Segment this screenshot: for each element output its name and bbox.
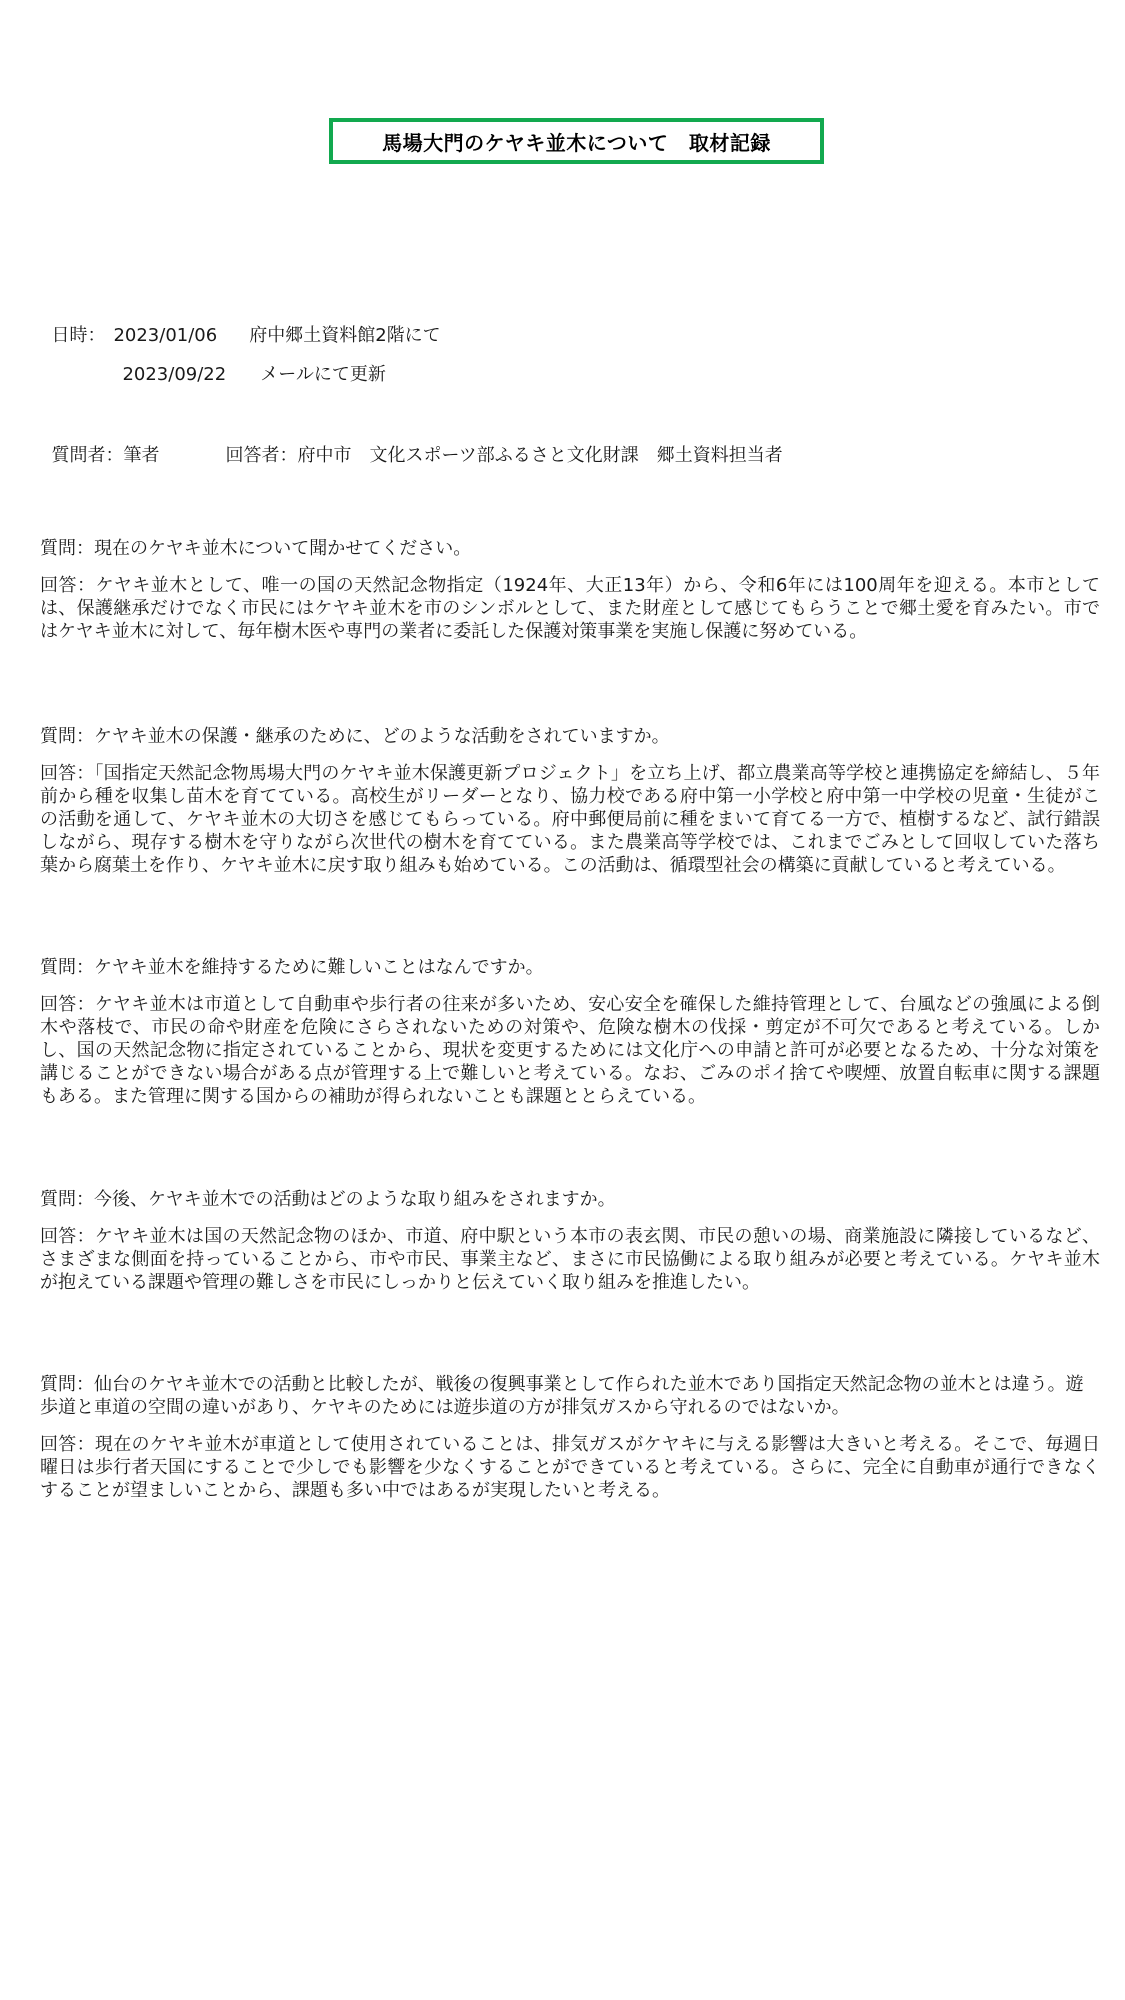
- answer: 回答：ケヤキ並木は市道として自動車や歩行者の往来が多いため、安心安全を確保した維…: [40, 993, 1100, 1108]
- answer: 回答：「国指定天然記念物馬場大門のケヤキ並木保護更新プロジェクト」を立ち上げ、都…: [40, 762, 1100, 877]
- respondent: 回答者：府中市 文化スポーツ部ふるさと文化財課 郷土資料担当者: [225, 445, 782, 466]
- place-2: メールにて更新: [260, 364, 386, 385]
- answer: 回答：ケヤキ並木は国の天然記念物のほか、市道、府中駅という本市の表玄関、市民の憩…: [40, 1225, 1100, 1294]
- document-title: 馬場大門のケヤキ並木について 取材記録: [382, 127, 771, 156]
- answer: 回答：現在のケヤキ並木が車道として使用されていることは、排気ガスがケヤキに与える…: [40, 1433, 1100, 1502]
- question: 質問：ケヤキ並木を維持するために難しいことはなんですか。: [40, 956, 1100, 979]
- question: 質問：仙台のケヤキ並木での活動と比較したが、戦後の復興事業として作られた並木であ…: [40, 1373, 1100, 1419]
- document-title-box: 馬場大門のケヤキ並木について 取材記録: [329, 118, 824, 164]
- date-2: 2023/09/22: [122, 364, 226, 385]
- qa-block-1: 質問：現在のケヤキ並木について聞かせてください。 回答：ケヤキ並木として、唯一の…: [40, 537, 1100, 643]
- interviewer: 質問者：筆者: [51, 445, 159, 466]
- answer: 回答：ケヤキ並木として、唯一の国の天然記念物指定（1924年、大正13年）から、…: [40, 574, 1100, 643]
- question: 質問：現在のケヤキ並木について聞かせてください。: [40, 537, 1100, 560]
- question: 質問：今後、ケヤキ並木での活動はどのような取り組みをされますか。: [40, 1188, 1100, 1211]
- qa-block-2: 質問：ケヤキ並木の保護・継承のために、どのような活動をされていますか。 回答：「…: [40, 725, 1100, 877]
- date-label: 日時：: [51, 325, 105, 346]
- qa-block-3: 質問：ケヤキ並木を維持するために難しいことはなんですか。 回答：ケヤキ並木は市道…: [40, 956, 1100, 1108]
- date-row-2: 2023/09/22メールにて更新: [111, 339, 386, 386]
- question: 質問：ケヤキ並木の保護・継承のために、どのような活動をされていますか。: [40, 725, 1100, 748]
- participants-row: 質問者：筆者回答者：府中市 文化スポーツ部ふるさと文化財課 郷土資料担当者: [40, 420, 783, 467]
- qa-block-5: 質問：仙台のケヤキ並木での活動と比較したが、戦後の復興事業として作られた並木であ…: [40, 1373, 1100, 1502]
- qa-block-4: 質問：今後、ケヤキ並木での活動はどのような取り組みをされますか。 回答：ケヤキ並…: [40, 1188, 1100, 1294]
